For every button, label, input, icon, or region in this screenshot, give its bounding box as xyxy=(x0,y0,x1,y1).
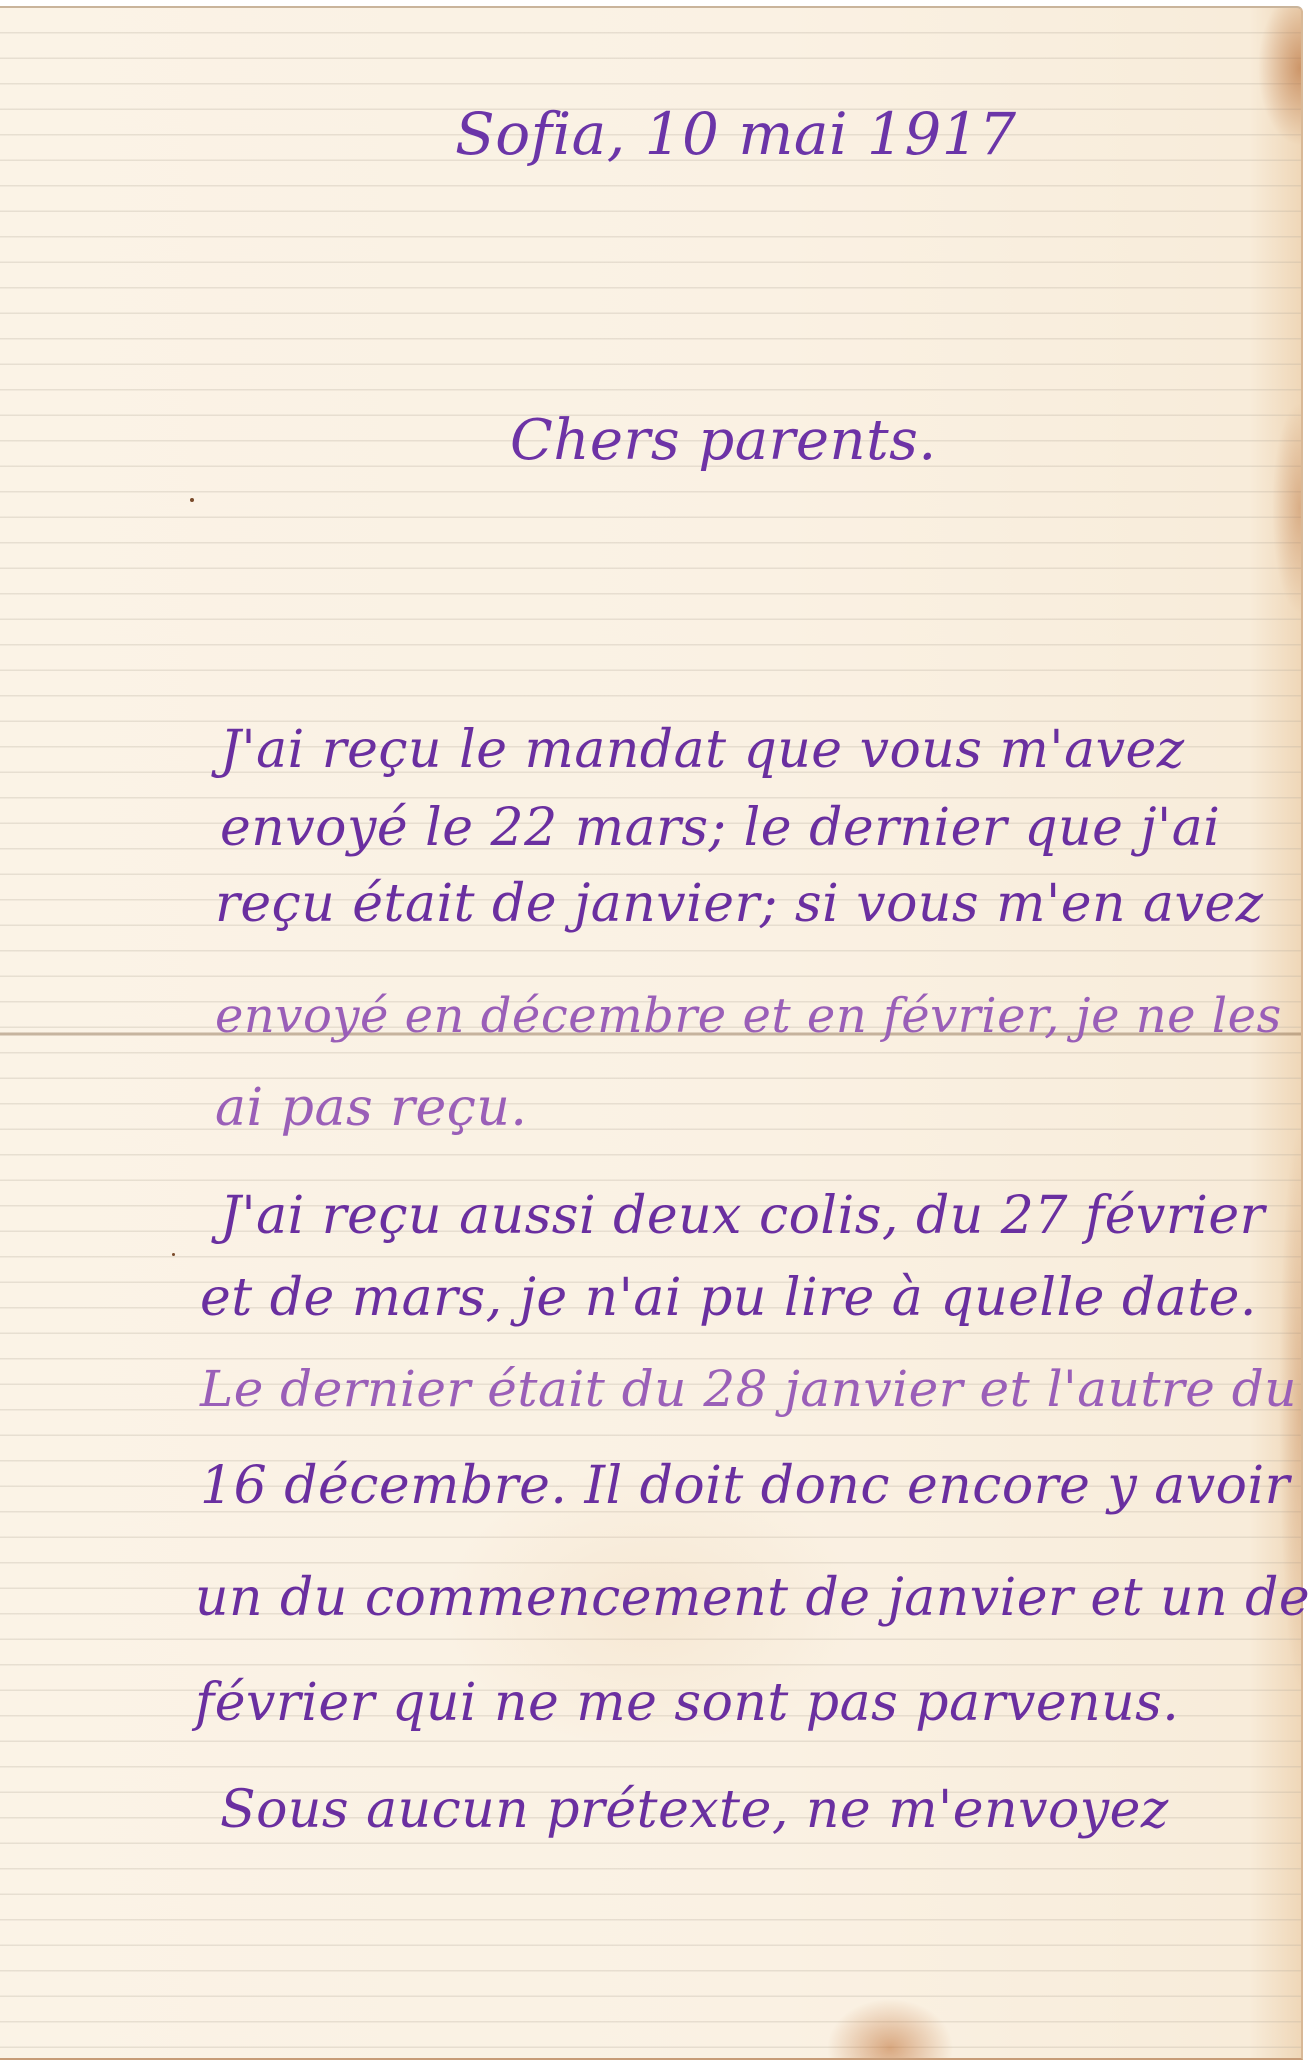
body-line: ai pas reçu. xyxy=(215,1078,527,1138)
body-line: envoyé en décembre et en février, je ne … xyxy=(215,988,1282,1044)
body-line: 16 décembre. Il doit donc encore y avoir xyxy=(200,1456,1290,1516)
body-line: un du commencement de janvier et un de xyxy=(195,1568,1310,1628)
body-line: envoyé le 22 mars; le dernier que j'ai xyxy=(220,798,1220,858)
body-line: Sous aucun prétexte, ne m'envoyez xyxy=(220,1780,1169,1840)
body-line: J'ai reçu aussi deux colis, du 27 févrie… xyxy=(220,1186,1265,1246)
body-line: J'ai reçu le mandat que vous m'avez xyxy=(220,720,1185,780)
letter-place-date: Sofia, 10 mai 1917 xyxy=(455,100,1017,168)
body-line: reçu était de janvier; si vous m'en avez xyxy=(215,874,1264,934)
ink-speck xyxy=(190,498,194,502)
body-line: et de mars, je n'ai pu lire à quelle dat… xyxy=(200,1268,1257,1328)
letter-page: Sofia, 10 mai 1917 Chers parents. J'ai r… xyxy=(0,6,1303,2060)
body-line: Le dernier était du 28 janvier et l'autr… xyxy=(200,1360,1297,1418)
body-line: février qui ne me sont pas parvenus. xyxy=(195,1673,1179,1733)
letter-salutation: Chers parents. xyxy=(510,408,937,473)
ink-speck xyxy=(172,1253,175,1256)
